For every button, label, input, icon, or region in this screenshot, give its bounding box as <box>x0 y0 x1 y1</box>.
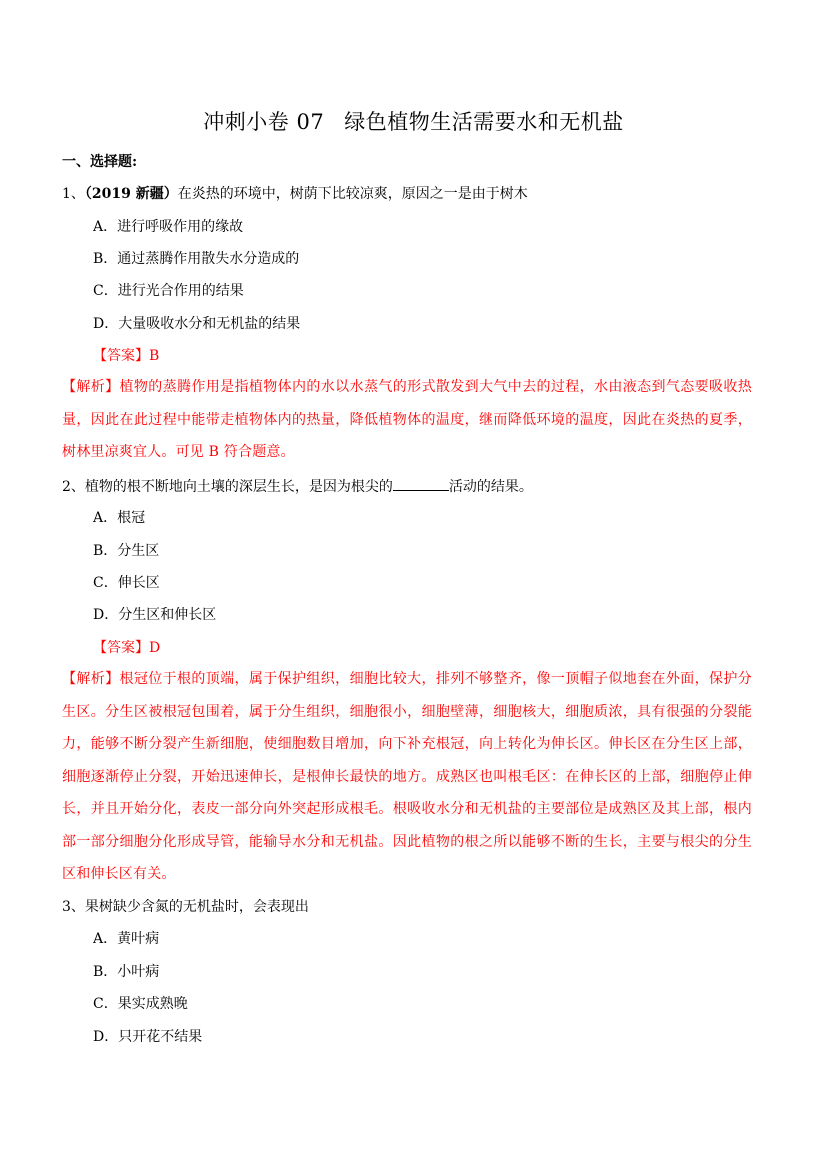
question-2-option-a: A．根冠 <box>93 508 145 528</box>
question-1-option-d: D．大量吸收水分和无机盐的结果 <box>93 314 300 334</box>
question-number: 1、 <box>62 186 85 202</box>
answer-blank <box>393 476 449 491</box>
question-1-option-b: B．通过蒸腾作用散失水分造成的 <box>93 249 299 269</box>
question-2-answer: 【答案】D <box>93 638 160 658</box>
section-heading: 一、选择题: <box>62 152 137 172</box>
question-2-option-b: B．分生区 <box>93 541 159 561</box>
question-3-option-c: C．果实成熟晚 <box>93 994 188 1014</box>
question-source: （2019 新疆） <box>85 186 178 202</box>
question-1-answer: 【答案】B <box>93 346 159 366</box>
question-3-option-b: B．小叶病 <box>93 962 159 982</box>
question-1-option-a: A．进行呼吸作用的缘故 <box>93 217 243 237</box>
page-title: 冲刺小卷 07绿色植物生活需要水和无机盐 <box>0 106 827 136</box>
question-1-option-c: C．进行光合作用的结果 <box>93 281 244 301</box>
question-2-stem: 2、植物的根不断地向土壤的深层生长，是因为根尖的活动的结果。 <box>62 476 533 497</box>
question-1-stem: 1、（2019 新疆）在炎热的环境中，树荫下比较凉爽，原因之一是由于树木 <box>62 184 528 204</box>
question-2-option-c: C．伸长区 <box>93 573 160 593</box>
question-text: 在炎热的环境中，树荫下比较凉爽，原因之一是由于树木 <box>178 186 528 202</box>
title-part-1: 冲刺小卷 07 <box>203 110 324 134</box>
title-part-2: 绿色植物生活需要水和无机盐 <box>344 110 624 134</box>
question-2-analysis: 【解析】根冠位于根的顶端，属于保护组织，细胞比较大，排列不够整齐，像一顶帽子似地… <box>62 663 752 891</box>
question-3-stem: 3、果树缺少含氮的无机盐时，会表现出 <box>62 897 309 917</box>
question-3-option-d: D．只开花不结果 <box>93 1027 202 1047</box>
question-3-option-a: A．黄叶病 <box>93 929 159 949</box>
question-2-option-d: D．分生区和伸长区 <box>93 605 216 625</box>
question-1-analysis: 【解析】植物的蒸腾作用是指植物体内的水以水蒸气的形式散发到大气中去的过程，水由液… <box>62 371 752 469</box>
